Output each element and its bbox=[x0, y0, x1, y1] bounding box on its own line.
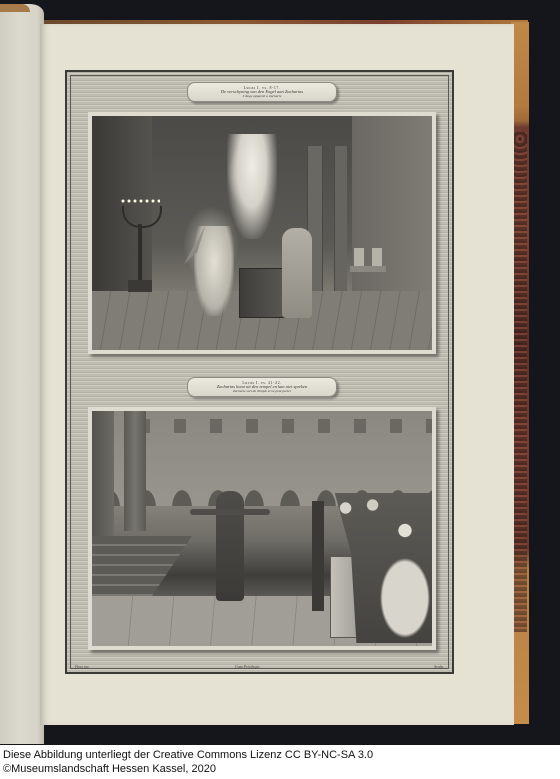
zacharias-figure bbox=[282, 228, 312, 318]
plate-credit-center: Cum Privilegio bbox=[235, 664, 260, 669]
column bbox=[334, 146, 347, 296]
zacharias-figure bbox=[216, 491, 244, 601]
showbread-table bbox=[350, 266, 386, 272]
bottom-caption-cartouche: Lucas I. vs. 21-22. Zacharias komt uit d… bbox=[187, 377, 337, 397]
menorah-base bbox=[128, 280, 152, 292]
temple-steps bbox=[92, 536, 192, 596]
table-vessel bbox=[372, 248, 382, 266]
table-vessel bbox=[354, 248, 364, 266]
top-caption-cartouche: Lucas I. vs. 8-17. De verschyning van de… bbox=[187, 82, 337, 102]
temple-column bbox=[124, 411, 146, 531]
top-caption-french: L'Ange apparoit a Zacharie bbox=[243, 95, 282, 99]
balustrade-shadow bbox=[312, 501, 324, 611]
menorah-stem bbox=[138, 224, 142, 284]
plate-credit-left: Hoet inv. bbox=[75, 664, 89, 669]
license-text: Diese Abbildung unterliegt der Creative … bbox=[3, 748, 560, 762]
copyright-text: ©Museumslandschaft Hessen Kassel, 2020 bbox=[3, 762, 560, 776]
incense-smoke bbox=[227, 134, 277, 239]
engraving-plate: Lucas I. vs. 8-17. De verschyning van de… bbox=[65, 70, 454, 674]
facing-page-left bbox=[0, 4, 44, 744]
book-scan: Lucas I. vs. 8-17. De verschyning van de… bbox=[0, 0, 560, 745]
temple-portico bbox=[92, 411, 114, 541]
license-footer: Diese Abbildung unterliegt der Creative … bbox=[0, 745, 560, 779]
bottom-caption-french: Zacharie sort du Temple et ne peut parle… bbox=[233, 390, 291, 394]
facing-page-edge bbox=[0, 4, 30, 12]
top-engraving-picture bbox=[88, 112, 436, 354]
plate-credit-right: Sculp. bbox=[434, 664, 444, 669]
candle-flames bbox=[120, 198, 160, 204]
altar bbox=[239, 268, 286, 318]
outstretched-arms bbox=[190, 509, 270, 515]
bottom-engraving-picture bbox=[88, 407, 436, 650]
book-page: Lucas I. vs. 8-17. De verschyning van de… bbox=[40, 24, 514, 725]
